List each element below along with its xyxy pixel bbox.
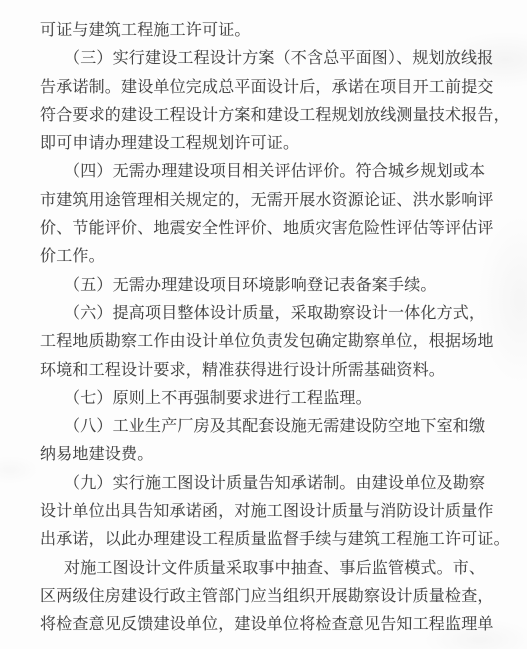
text-line: 符合要求的建设工程设计方案和建设工程规划放线测量技术报告， <box>40 102 497 130</box>
text-line: 可证与建筑工程施工许可证。 <box>40 17 497 45</box>
document-page: 可证与建筑工程施工许可证。 （三）实行建设工程设计方案（不含总平面图）、规划放线… <box>0 0 527 649</box>
text-line: 即可申请办理建设工程规划许可证。 <box>40 130 497 158</box>
text-line: 纳易地建设费。 <box>40 441 497 469</box>
text-line: 区两级住房建设行政主管部门应当组织开展勘察设计质量检查， <box>40 583 497 611</box>
text-line: 工程地质勘察工作由设计单位负责发包确定勘察单位，根据场地 <box>40 328 497 356</box>
text-line: 价工作。 <box>40 243 497 271</box>
text-line: （六）提高项目整体设计质量，采取勘察设计一体化方式， <box>40 300 497 328</box>
text-line: 将检查意见反馈建设单位，建设单位将检查意见告知工程监理单 <box>40 611 497 639</box>
text-line: 告承诺制。建设单位完成总平面设计后，承诺在项目开工前提交 <box>40 74 497 102</box>
text-line: （九）实行施工图设计质量告知承诺制。由建设单位及勘察 <box>40 470 497 498</box>
text-line: 价、节能评价、地震安全性评价、地质灾害危险性评估等评估评 <box>40 215 497 243</box>
text-line: （五）无需办理建设项目环境影响登记表备案手续。 <box>40 272 497 300</box>
text-line: 设计单位出具告知承诺函，对施工图设计质量与消防设计质量作 <box>40 498 497 526</box>
text-line: （八）工业生产厂房及其配套设施无需建设防空地下室和缴 <box>40 413 497 441</box>
text-line: （七）原则上不再强制要求进行工程监理。 <box>40 385 497 413</box>
text-line: 环境和工程设计要求，精准获得进行设计所需基础资料。 <box>40 357 497 385</box>
document-text-block: 可证与建筑工程施工许可证。 （三）实行建设工程设计方案（不含总平面图）、规划放线… <box>40 17 497 640</box>
text-line: 市建筑用途管理相关规定的，无需开展水资源论证、洪水影响评 <box>40 187 497 215</box>
text-line: 对施工图设计文件质量采取事中抽查、事后监管模式。市、 <box>40 555 497 583</box>
text-line: （四）无需办理建设项目相关评估评价。符合城乡规划或本 <box>40 158 497 186</box>
text-line: （三）实行建设工程设计方案（不含总平面图）、规划放线报 <box>40 45 497 73</box>
text-line: 出承诺，以此办理建设工程质量监督手续与建筑工程施工许可证。 <box>40 526 497 554</box>
